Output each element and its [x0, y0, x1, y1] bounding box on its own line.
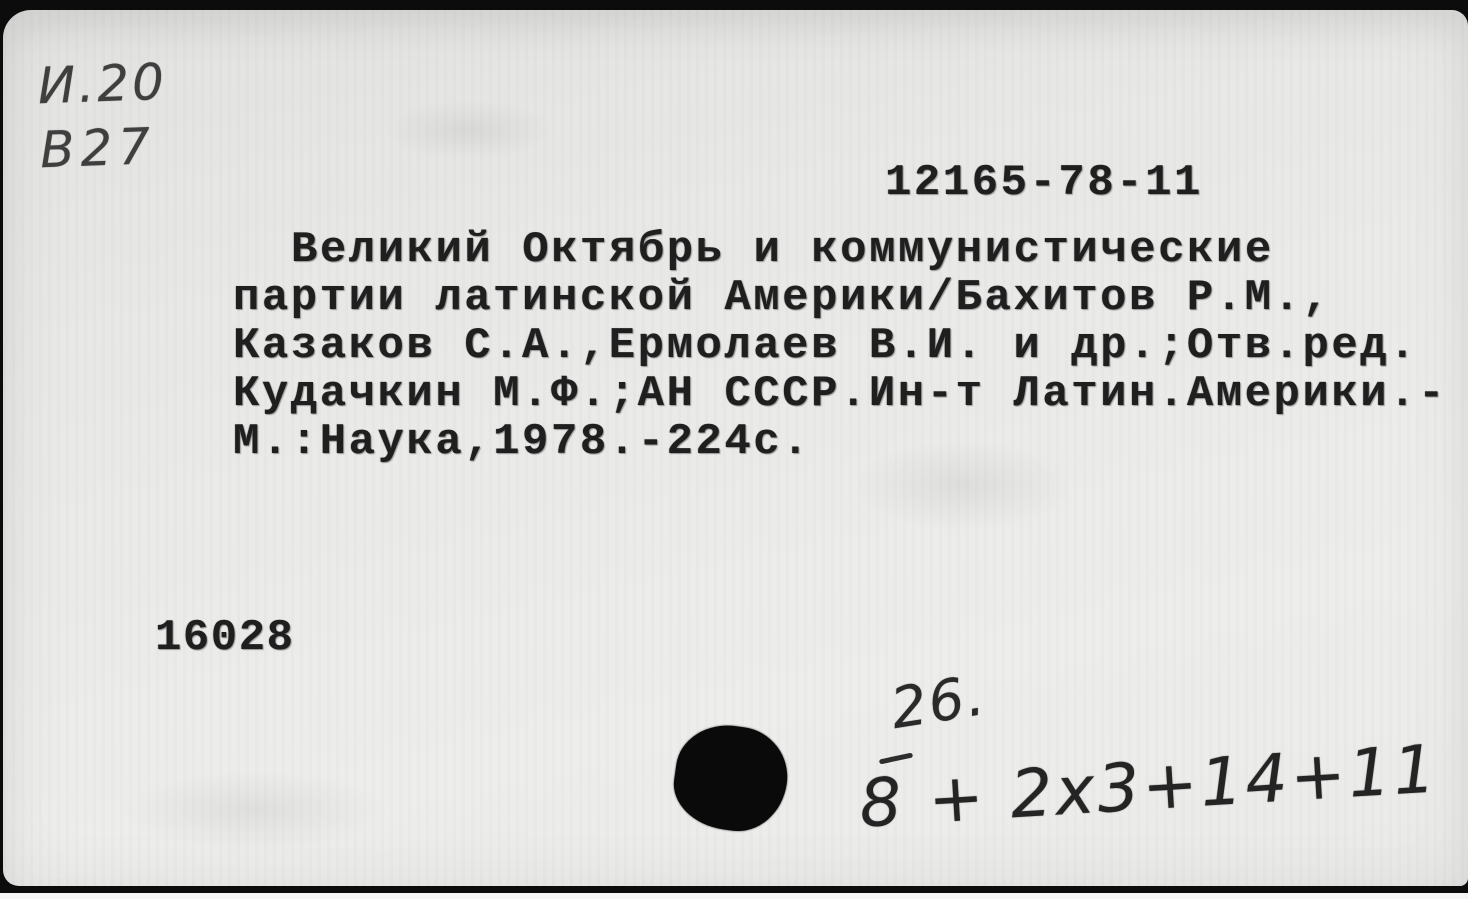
scan-smudge — [383, 100, 553, 160]
bib-line-imprint: М.:Наука,1978.-224с. — [233, 418, 1447, 466]
handwritten-call-number: И.20 В27 — [37, 50, 170, 182]
bib-line-editor-institute: Кудачкин М.Ф.;АН СССР.Ин-т Латин.Америки… — [233, 370, 1447, 418]
ink-dot-mark — [668, 719, 793, 838]
scanned-catalog-card-page: И.20 В27 12165-78-11 Великий Октябрь и к… — [0, 0, 1468, 899]
library-catalog-card: И.20 В27 12165-78-11 Великий Октябрь и к… — [3, 10, 1468, 886]
handwritten-upper-number: 26. — [887, 663, 991, 742]
bib-line-title: Великий Октябрь и коммунистические — [233, 226, 1447, 274]
bib-line-title-continued: партии латинской Америки/Бахитов Р.М., — [233, 274, 1447, 322]
call-number-class-line: И.20 — [37, 50, 168, 118]
bib-line-authors: Казаков С.А.,Ермолаев В.И. и др.;Отв.ред… — [233, 322, 1447, 370]
catalog-number-stamp: 12165-78-11 — [885, 158, 1203, 208]
backing-paper-edge — [0, 893, 1468, 899]
accession-number: 16028 — [155, 613, 295, 663]
call-number-cutter-line: В27 — [39, 114, 170, 182]
handwritten-formula: 8 + 2х3+14+11 — [857, 730, 1440, 842]
scan-smudge — [123, 770, 383, 850]
bibliographic-entry: Великий Октябрь и коммунистические парти… — [233, 226, 1447, 466]
